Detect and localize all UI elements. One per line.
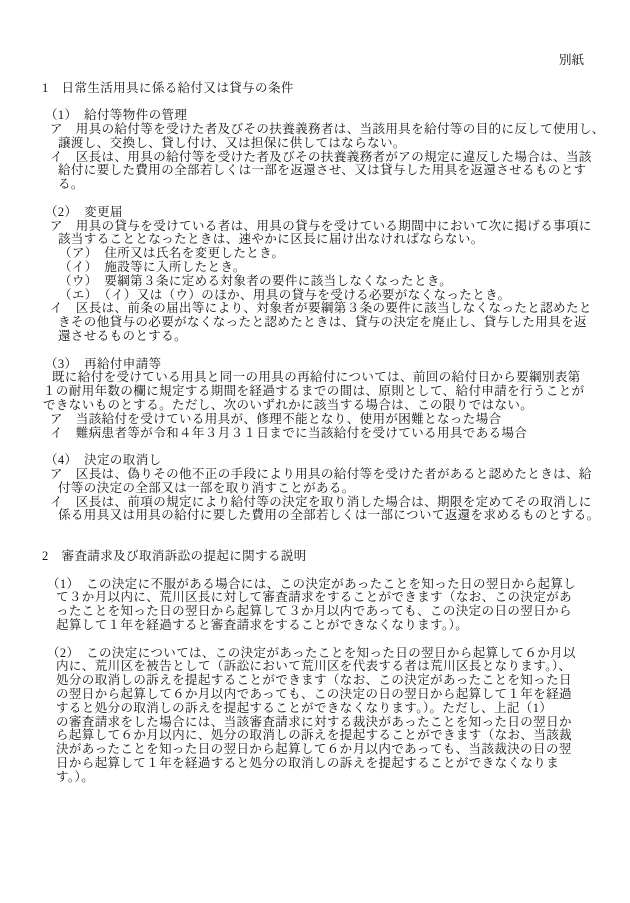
text-line: できないものとする。ただし、次のいずれかに該当する場合は、この限りではない。: [43, 399, 600, 413]
text-line: すると処分の取消しの訴えを提起することができなくなります。）。ただし、上記（1）: [56, 702, 600, 716]
text-line: １の耐用年数の欄に規定する期間を経過するまでの間は、原則として、給付申請を行うこ…: [43, 385, 600, 399]
text-line: ア 当該給付を受けている用具が、修理不能となり、使用が困難となった場合: [50, 413, 600, 427]
section1-item2: （2） 変更届ア 用具の貸与を受けている者は、用具の貸与を受けている期間中におい…: [40, 206, 600, 344]
text-line: 還させるものとする。: [58, 330, 600, 344]
text-line: の翌日から起算して６か月以内であっても、この決定の日の翌日から起算して１年を経過: [56, 688, 600, 702]
text-line: （イ） 施設等に入所したとき。: [59, 261, 600, 275]
text-line: （1） 給付等物件の管理: [45, 109, 600, 123]
section1-heading: 1 日常生活用具に係る給付又は貸与の条件: [40, 82, 600, 96]
document-body: 1 日常生活用具に係る給付又は貸与の条件（1） 給付等物件の管理ア 用具の給付等…: [40, 82, 600, 785]
text-line: イ 難病患者等が令和４年３月３１日までに当該給付を受けている用具である場合: [50, 427, 600, 441]
attachment-corner-label: 別紙: [40, 54, 600, 68]
section2-heading: 2 審査請求及び取消訴訟の提起に関する説明: [40, 550, 600, 564]
text-line: 2 審査請求及び取消訴訟の提起に関する説明: [42, 550, 600, 564]
text-line: ったことを知った日の翌日から起算して３か月以内であっても、この決定の日の翌日から: [56, 605, 600, 619]
text-line: 付等の決定の全部又は一部を取り消すことがある。: [58, 482, 600, 496]
text-line: 決があったことを知った日の翌日から起算して６か月以内であっても、当該裁決の日の翌: [56, 743, 600, 757]
document-page: 別紙 1 日常生活用具に係る給付又は貸与の条件（1） 給付等物件の管理ア 用具の…: [0, 0, 630, 903]
text-line: ア 区長は、偽りその他不正の手段により用具の給付等を受けた者があると認めたときは…: [50, 468, 600, 482]
text-line: 日から起算して１年を経過すると処分の取消しの訴えを提起することができなくなりま: [56, 757, 600, 771]
text-line: （4） 決定の取消し: [45, 454, 600, 468]
section2-item2: （2） この決定については、この決定があったことを知った日の翌日から起算して６か…: [40, 647, 600, 785]
text-line: （ウ） 要綱第３条に定める対象者の要件に該当しなくなったとき。: [59, 275, 600, 289]
text-line: 係る用具又は用具の給付に要した費用の全部若しくは一部について返還を求めるものとす…: [58, 509, 600, 523]
text-line: 譲渡し、交換し、貸し付け、又は担保に供してはならない。: [58, 137, 600, 151]
text-line: す。）。: [56, 771, 600, 785]
section1-item4: （4） 決定の取消しア 区長は、偽りその他不正の手段により用具の給付等を受けた者…: [40, 454, 600, 523]
text-line: きその他貸与の必要がなくなったと認めたときは、貸与の決定を廃止し、貸与した用具を…: [58, 316, 600, 330]
text-line: 起算して１年を経過すると審査請求をすることができなくなります。）。: [56, 619, 600, 633]
text-line: 1 日常生活用具に係る給付又は貸与の条件: [42, 82, 600, 96]
section1-item1: （1） 給付等物件の管理ア 用具の給付等を受けた者及びその扶養義務者は、当該用具…: [40, 109, 600, 192]
text-line: 給付に要した費用の全部若しくは一部を返還させ、又は貸与した用具を返還させるものと…: [58, 164, 600, 178]
section1-item3: （3） 再給付申請等既に給付を受けている用具と同一の用具の再給付については、前回…: [40, 358, 600, 441]
text-line: る。: [58, 178, 600, 192]
text-line: 処分の取消しの訴えを提起することができます（なお、この決定があったことを知った日: [56, 674, 600, 688]
text-line: ア 用具の給付等を受けた者及びその扶養義務者は、当該用具を給付等の目的に反して使…: [50, 123, 600, 137]
text-line: （2） 変更届: [45, 206, 600, 220]
text-line: （ア） 住所又は氏名を変更したとき。: [59, 247, 600, 261]
section2-item1: （1） この決定に不服がある場合には、この決定があったことを知った日の翌日から起…: [40, 578, 600, 633]
